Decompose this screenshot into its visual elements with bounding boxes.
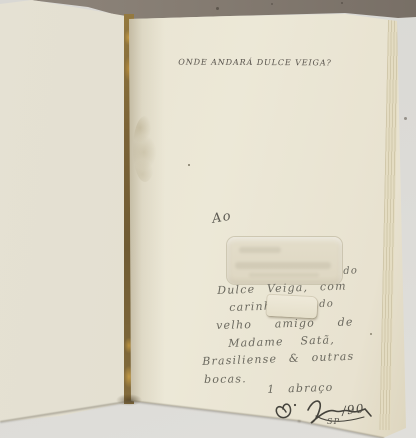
stain <box>133 116 157 182</box>
inscription-line: bocas. <box>204 372 247 386</box>
dust-speck <box>341 2 343 4</box>
inscription-line: Madame Satã, <box>228 333 335 350</box>
dust-speck <box>271 3 273 5</box>
signature-place: SP <box>327 417 340 426</box>
inscription-line: Brasiliense & outras <box>202 350 355 368</box>
inscription-salutation: Ao <box>211 209 233 227</box>
inscription-line: 1 abraço <box>267 381 334 396</box>
book-photo: ONDE ANDARÁ DULCE VEIGA? Ao do Dulce Vei… <box>0 0 416 438</box>
inscription-line: do <box>319 298 334 310</box>
dust-speck <box>216 7 219 10</box>
inscription-word: do <box>343 265 358 277</box>
dust-speck <box>188 164 190 166</box>
ghost-writing <box>249 273 319 277</box>
inscription-line: velho amigo de <box>216 315 354 332</box>
ghost-writing <box>235 262 331 269</box>
paper-patch-large <box>227 237 342 284</box>
ghost-writing <box>239 247 281 253</box>
dust-speck <box>404 117 407 120</box>
dust-speck <box>370 333 372 335</box>
page-stack-edge <box>379 20 399 430</box>
book-title: ONDE ANDARÁ DULCE VEIGA? <box>140 57 370 67</box>
paper-patch-small <box>266 295 317 319</box>
